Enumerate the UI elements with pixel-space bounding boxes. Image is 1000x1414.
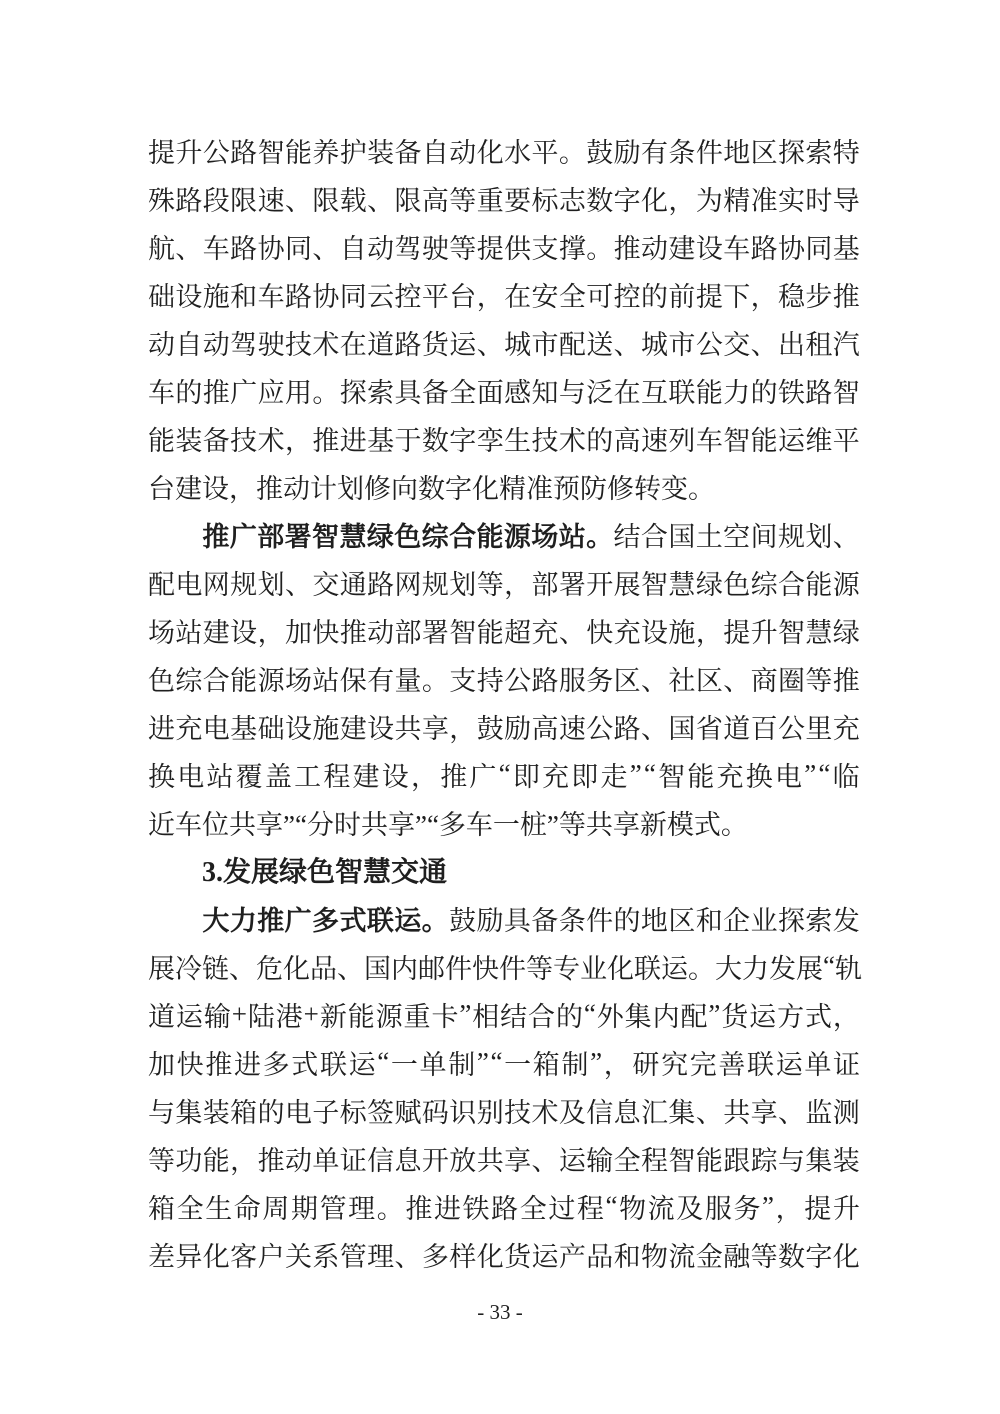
- paragraph-continued: 提升公路智能养护装备自动化水平。鼓励有条件地区探索特 殊路段限速、限载、限高等重…: [148, 126, 860, 510]
- paragraph-indent: [148, 918, 202, 919]
- page-footer: - 33 -: [0, 1300, 1000, 1325]
- text-line: 能装备技术，推进基于数字孪生技术的高速列车智能运维平: [148, 414, 860, 462]
- text-line: 与集装箱的电子标签赋码识别技术及信息汇集、共享、监测: [148, 1086, 860, 1134]
- text-line: 道运输+陆港+新能源重卡”相结合的“外集内配”货运方式，: [148, 990, 860, 1038]
- line-text: 近车位共享”“分时共享”“多车一桩”等共享新模式。: [148, 803, 748, 842]
- text-line: 配电网规划、交通路网规划等，部署开展智慧绿色综合能源: [148, 558, 860, 606]
- section-heading-3: 3.发展绿色智慧交通: [148, 846, 860, 894]
- text-line: 动自动驾驶技术在道路货运、城市配送、城市公交、出租汽: [148, 318, 860, 366]
- text-line: 换电站覆盖工程建设，推广“即充即走”“智能充换电”“临: [148, 750, 860, 798]
- text-line: 推广部署智慧绿色综合能源场站。结合国土空间规划、: [148, 510, 860, 558]
- text-line: 等功能，推动单证信息开放共享、运输全程智能跟踪与集装: [148, 1134, 860, 1182]
- text-line: 大力推广多式联运。鼓励具备条件的地区和企业探索发: [148, 894, 860, 942]
- text-line: 殊路段限速、限载、限高等重要标志数字化，为精准实时导: [148, 174, 860, 222]
- paragraph-indent: [148, 870, 202, 871]
- section-heading-text: 3.发展绿色智慧交通: [202, 850, 447, 890]
- page-number: - 33 -: [477, 1300, 523, 1324]
- text-line: 进充电基础设施建设共享，鼓励高速公路、国省道百公里充: [148, 702, 860, 750]
- text-line: 近车位共享”“分时共享”“多车一桩”等共享新模式。: [148, 798, 860, 846]
- text-line: 色综合能源场站保有量。支持公路服务区、社区、商圈等推: [148, 654, 860, 702]
- paragraph-multimodal-transport: 大力推广多式联运。鼓励具备条件的地区和企业探索发 展冷链、危化品、国内邮件快件等…: [148, 894, 860, 1278]
- paragraph-energy-stations: 推广部署智慧绿色综合能源场站。结合国土空间规划、 配电网规划、交通路网规划等，部…: [148, 510, 860, 846]
- line-text: 台建设，推动计划修向数字化精准预防修转变。: [148, 467, 715, 506]
- text-line: 箱全生命周期管理。推进铁路全过程“物流及服务”，提升: [148, 1182, 860, 1230]
- text-line: 车的推广应用。探索具备全面感知与泛在互联能力的铁路智: [148, 366, 860, 414]
- paragraph-indent: [148, 534, 202, 535]
- text-line: 展冷链、危化品、国内邮件快件等专业化联运。大力发展“轨: [148, 942, 860, 990]
- document-body: 提升公路智能养护装备自动化水平。鼓励有条件地区探索特 殊路段限速、限载、限高等重…: [148, 126, 860, 1278]
- text-line: 加快推进多式联运“一单制”“一箱制”，研究完善联运单证: [148, 1038, 860, 1086]
- document-page: 提升公路智能养护装备自动化水平。鼓励有条件地区探索特 殊路段限速、限载、限高等重…: [0, 0, 1000, 1414]
- text-line: 差异化客户关系管理、多样化货运产品和物流金融等数字化: [148, 1230, 860, 1278]
- text-line: 场站建设，加快推动部署智能超充、快充设施，提升智慧绿: [148, 606, 860, 654]
- text-line: 台建设，推动计划修向数字化精准预防修转变。: [148, 462, 860, 510]
- text-line: 础设施和车路协同云控平台，在安全可控的前提下，稳步推: [148, 270, 860, 318]
- text-line: 航、车路协同、自动驾驶等提供支撑。推动建设车路协同基: [148, 222, 860, 270]
- heading-line: 3.发展绿色智慧交通: [148, 846, 860, 894]
- text-line: 提升公路智能养护装备自动化水平。鼓励有条件地区探索特: [148, 126, 860, 174]
